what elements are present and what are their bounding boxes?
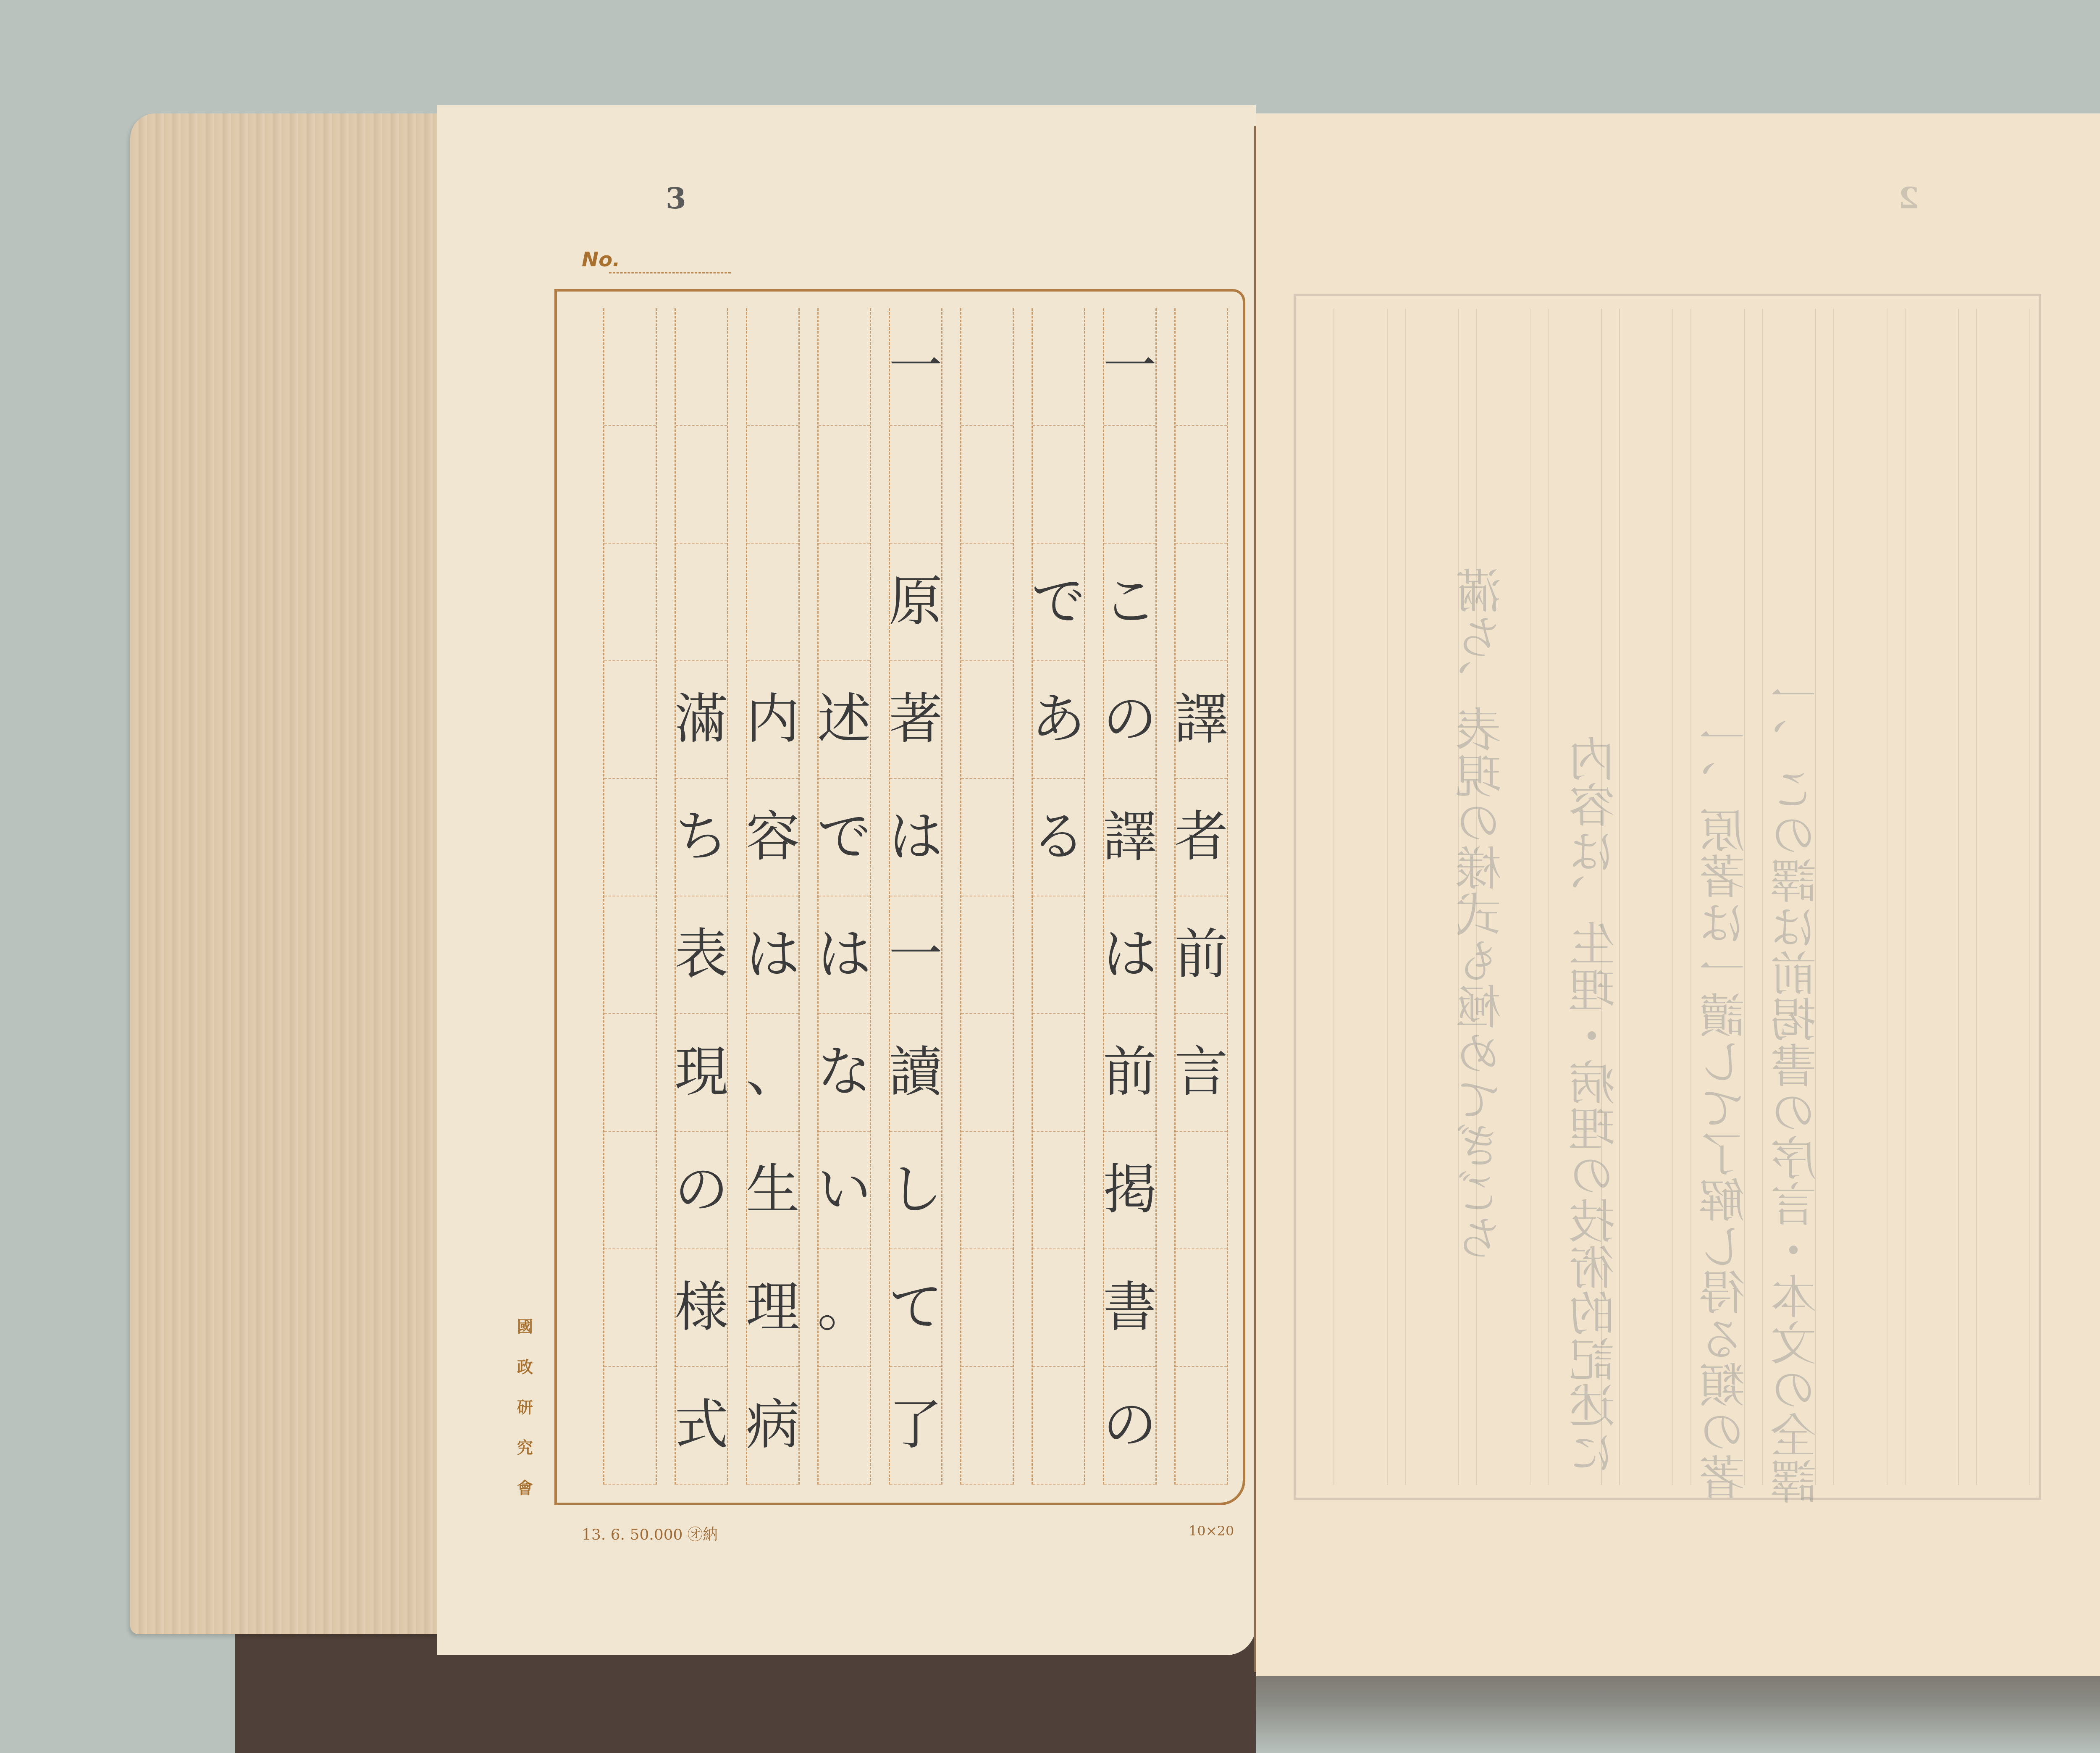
ghost-page-number: 2 xyxy=(1898,181,1919,216)
grid-cell xyxy=(747,426,798,544)
grid-cell: い xyxy=(819,1132,870,1249)
grid-cell: 。 xyxy=(819,1249,870,1367)
grid-cell xyxy=(604,1132,656,1249)
grid-cell xyxy=(961,661,1013,779)
grid-cell xyxy=(1104,426,1155,544)
grid-cell xyxy=(676,426,727,544)
ghost-column xyxy=(1833,309,1887,1485)
grid-cell: な xyxy=(819,1014,870,1132)
grid-cell xyxy=(961,1249,1013,1367)
grid-column-9 xyxy=(603,308,657,1485)
grid-cell: 容 xyxy=(747,779,798,896)
grid-cell xyxy=(604,308,656,426)
grid-cell xyxy=(1033,426,1084,544)
grid-cell: 、 xyxy=(747,1014,798,1132)
grid-cell: 譯 xyxy=(1104,779,1155,896)
grid-cell: 前 xyxy=(1104,1014,1155,1132)
grid-cell: こ xyxy=(1104,544,1155,661)
grid-cell: の xyxy=(1104,661,1155,779)
ghost-column xyxy=(1976,309,2030,1485)
grid-cell: 一 xyxy=(890,308,941,426)
page-number: 3 xyxy=(666,181,686,216)
grid-format-footer: 10×20 xyxy=(1189,1523,1234,1539)
grid-cell: ち xyxy=(676,779,727,896)
grid-cell: あ xyxy=(1033,661,1084,779)
grid-cell: 言 xyxy=(1176,1014,1227,1132)
grid-cell xyxy=(1176,1132,1227,1249)
grid-cell xyxy=(819,544,870,661)
grid-cell: 現 xyxy=(676,1014,727,1132)
grid-cell xyxy=(604,661,656,779)
grid-cell: 者 xyxy=(1176,779,1227,896)
grid-cell: る xyxy=(1033,779,1084,896)
show-through-handwriting: 滿ち、表現の様式も極めてぎごち xyxy=(1449,567,1515,1260)
grid-cell xyxy=(1033,896,1084,1014)
grid-cell: 前 xyxy=(1176,896,1227,1014)
grid-cell xyxy=(1176,426,1227,544)
show-through-handwriting: 一、この譯は前掲書の序言・本文の全譯 xyxy=(1764,672,1830,1504)
grid-cell: 原 xyxy=(890,544,941,661)
grid-cell xyxy=(1176,308,1227,426)
grid-column-4 xyxy=(960,308,1014,1485)
grid-cell xyxy=(1176,544,1227,661)
grid-cell xyxy=(604,896,656,1014)
grid-cell: 著 xyxy=(890,661,941,779)
grid-column-8: 滿ち表現の様式 xyxy=(675,308,728,1485)
publisher-char: 研 xyxy=(508,1387,542,1427)
grid-cell xyxy=(961,779,1013,896)
grid-column-5: 一原著は一讀して了 xyxy=(889,308,942,1485)
grid-cell xyxy=(1033,1014,1084,1132)
grid-column-6: 述ではない。 xyxy=(817,308,871,1485)
grid-cell xyxy=(961,1367,1013,1485)
no-label: No. xyxy=(582,248,620,271)
grid-cell xyxy=(1033,1249,1084,1367)
grid-cell xyxy=(961,544,1013,661)
grid-cell: 生 xyxy=(747,1132,798,1249)
grid-cell: は xyxy=(819,896,870,1014)
show-through-handwriting: 内容は、生理・病理の技術的記述に xyxy=(1562,735,1629,1474)
manuscript-grid: 譯者前言 一この譯は前掲書の である 一原著は一讀して了 述ではない。 内容は、… xyxy=(554,289,1245,1505)
grid-cell xyxy=(819,308,870,426)
show-through-handwriting: 一、原著は一讀して了解し得る類の著 xyxy=(1693,714,1759,1500)
grid-cell: 書 xyxy=(1104,1249,1155,1367)
print-run-footer: 13. 6. 50.000 ㋔納 xyxy=(582,1523,718,1544)
grid-cell: 掲 xyxy=(1104,1132,1155,1249)
grid-cell xyxy=(604,544,656,661)
grid-cell: 式 xyxy=(676,1367,727,1485)
grid-column-7: 内容は、生理病 xyxy=(746,308,800,1485)
grid-cell xyxy=(604,779,656,896)
grid-cell xyxy=(961,308,1013,426)
grid-cell xyxy=(1033,1132,1084,1249)
ghost-grid xyxy=(1294,294,2041,1500)
grid-cell xyxy=(961,1014,1013,1132)
grid-cell xyxy=(1176,1367,1227,1485)
grid-cell: は xyxy=(1104,896,1155,1014)
grid-cell: 譯 xyxy=(1176,661,1227,779)
grid-cell: 述 xyxy=(819,661,870,779)
grid-cell: 滿 xyxy=(676,661,727,779)
ghost-column xyxy=(1905,309,1959,1485)
grid-cell xyxy=(819,1367,870,1485)
ghost-column xyxy=(1333,309,1388,1485)
grid-column-2: 一この譯は前掲書の xyxy=(1103,308,1157,1485)
grid-cell: 了 xyxy=(890,1367,941,1485)
grid-cell: で xyxy=(819,779,870,896)
grid-cell: の xyxy=(676,1132,727,1249)
grid-cell: で xyxy=(1033,544,1084,661)
grid-cell xyxy=(1033,308,1084,426)
grid-cell xyxy=(1176,1249,1227,1367)
grid-cell: 一 xyxy=(1104,308,1155,426)
grid-cell: は xyxy=(890,779,941,896)
grid-cell xyxy=(961,426,1013,544)
grid-cell: の xyxy=(1104,1367,1155,1485)
grid-cell xyxy=(961,896,1013,1014)
grid-cell: 様 xyxy=(676,1249,727,1367)
page-stack-edge xyxy=(130,113,441,1634)
no-underline xyxy=(609,272,731,273)
grid-cell xyxy=(676,544,727,661)
grid-cell xyxy=(604,1367,656,1485)
grid-cell xyxy=(604,426,656,544)
grid-cell xyxy=(961,1132,1013,1249)
grid-cell xyxy=(604,1014,656,1132)
grid-cell: 表 xyxy=(676,896,727,1014)
grid-cell xyxy=(604,1249,656,1367)
grid-cell: 内 xyxy=(747,661,798,779)
publisher-char: 國 xyxy=(508,1306,542,1347)
grid-cell: 病 xyxy=(747,1367,798,1485)
book-gutter xyxy=(1254,126,1256,1672)
grid-cell xyxy=(676,308,727,426)
publisher-char: 究 xyxy=(508,1427,542,1468)
grid-column-3: である xyxy=(1032,308,1085,1485)
grid-cell: 讀 xyxy=(890,1014,941,1132)
grid-cell: 理 xyxy=(747,1249,798,1367)
publisher-name-vertical: 國 政 研 究 會 xyxy=(508,1306,542,1508)
grid-cell xyxy=(747,544,798,661)
grid-cell xyxy=(747,308,798,426)
grid-cell: 一 xyxy=(890,896,941,1014)
publisher-char: 政 xyxy=(508,1347,542,1387)
grid-column-1: 譯者前言 xyxy=(1174,308,1228,1485)
grid-cell xyxy=(819,426,870,544)
publisher-char: 會 xyxy=(508,1468,542,1508)
grid-cell: し xyxy=(890,1132,941,1249)
grid-cell xyxy=(890,426,941,544)
grid-cell xyxy=(1033,1367,1084,1485)
grid-cell: て xyxy=(890,1249,941,1367)
grid-cell: は xyxy=(747,896,798,1014)
